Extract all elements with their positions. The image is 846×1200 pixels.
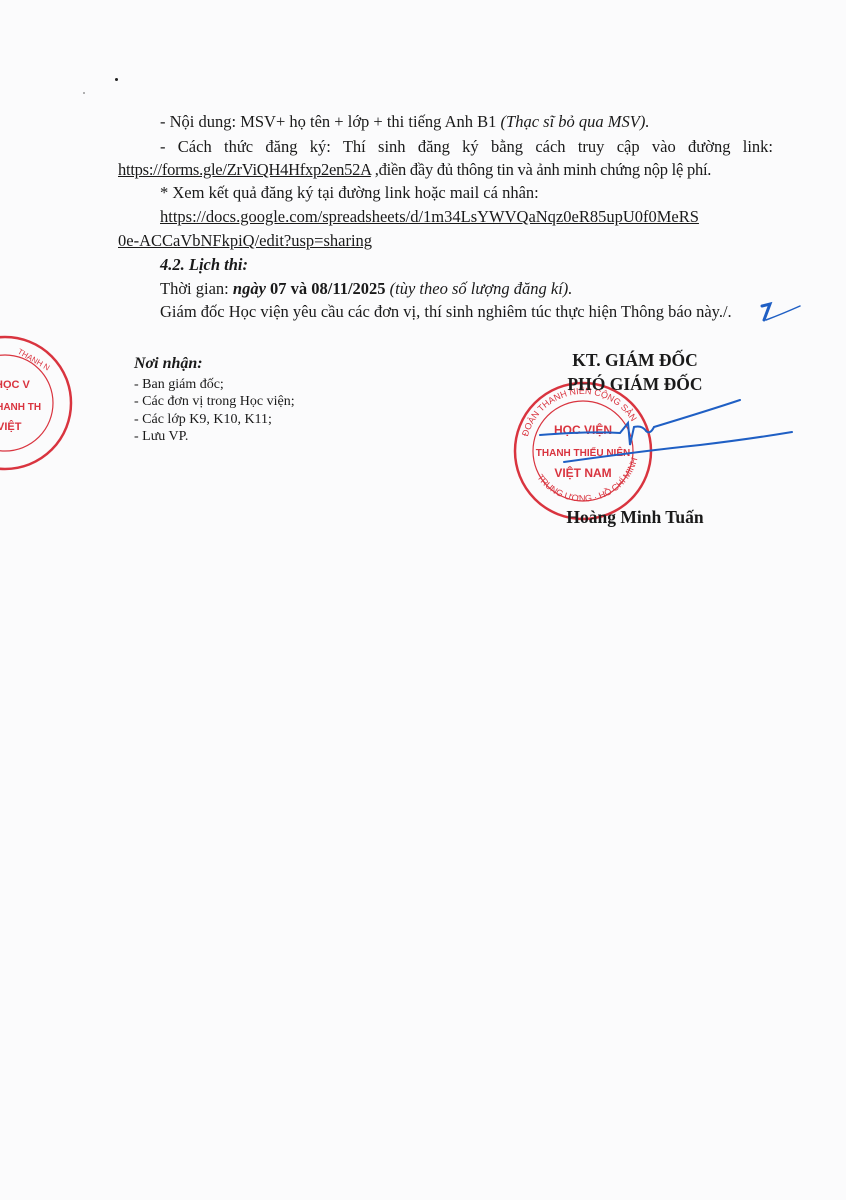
recipient-item: - Lưu VP. — [134, 428, 295, 446]
results-link-line2: 0e-ACCaVbNFkpiQ/edit?usp=sharing — [118, 231, 372, 251]
content-line: - Nội dung: MSV+ họ tên + lớp + thi tiến… — [160, 112, 649, 132]
svg-text:THANH TH: THANH TH — [0, 402, 41, 413]
closing-statement: Giám đốc Học viện yêu cầu các đơn vị, th… — [160, 302, 732, 322]
svg-text:HỌC V: HỌC V — [0, 379, 31, 391]
registration-line-2: https://forms.gle/ZrViQH4Hfxp2en52A ,điề… — [118, 160, 711, 180]
left-stamp: HỌC V THANH TH VIỆT THANH N — [0, 333, 75, 473]
signature-title-1: KT. GIÁM ĐỐC — [530, 348, 740, 372]
handwritten-signature — [530, 395, 800, 475]
exam-dates: 07 và 08/11/2025 — [266, 279, 386, 298]
signer-name: Hoàng Minh Tuấn — [530, 505, 740, 529]
content-note: (Thạc sĩ bỏ qua MSV). — [501, 112, 650, 131]
scan-speck — [115, 78, 118, 81]
results-label: * Xem kết quả đăng ký tại đường link hoặ… — [160, 183, 539, 203]
recipient-item: - Ban giám đốc; — [134, 376, 295, 394]
signature-block: KT. GIÁM ĐỐC PHÓ GIÁM ĐỐC — [530, 348, 740, 396]
results-sheet-link[interactable]: https://docs.google.com/spreadsheets/d/1… — [160, 207, 699, 226]
scan-speck — [83, 92, 85, 94]
schedule-time: Thời gian: ngày 07 và 08/11/2025 (tùy th… — [160, 279, 572, 299]
registration-line: - Cách thức đăng ký: Thí sinh đăng ký bằ… — [160, 137, 773, 157]
svg-text:VIỆT: VIỆT — [0, 420, 22, 433]
signature-title-2: PHÓ GIÁM ĐỐC — [530, 372, 740, 396]
recipient-item: - Các đơn vị trong Học viện; — [134, 393, 295, 411]
results-link-line1: https://docs.google.com/spreadsheets/d/1… — [160, 207, 699, 227]
handwritten-initial-mark — [752, 296, 802, 326]
results-sheet-link-cont[interactable]: 0e-ACCaVbNFkpiQ/edit?usp=sharing — [118, 231, 372, 250]
recipients-title: Nơi nhận: — [134, 355, 295, 373]
registration-form-link[interactable]: https://forms.gle/ZrViQH4Hfxp2en52A — [118, 160, 371, 179]
schedule-heading: 4.2. Lịch thi: — [160, 255, 248, 275]
recipients-block: Nơi nhận: - Ban giám đốc; - Các đơn vị t… — [134, 355, 295, 446]
recipient-item: - Các lớp K9, K10, K11; — [134, 411, 295, 429]
